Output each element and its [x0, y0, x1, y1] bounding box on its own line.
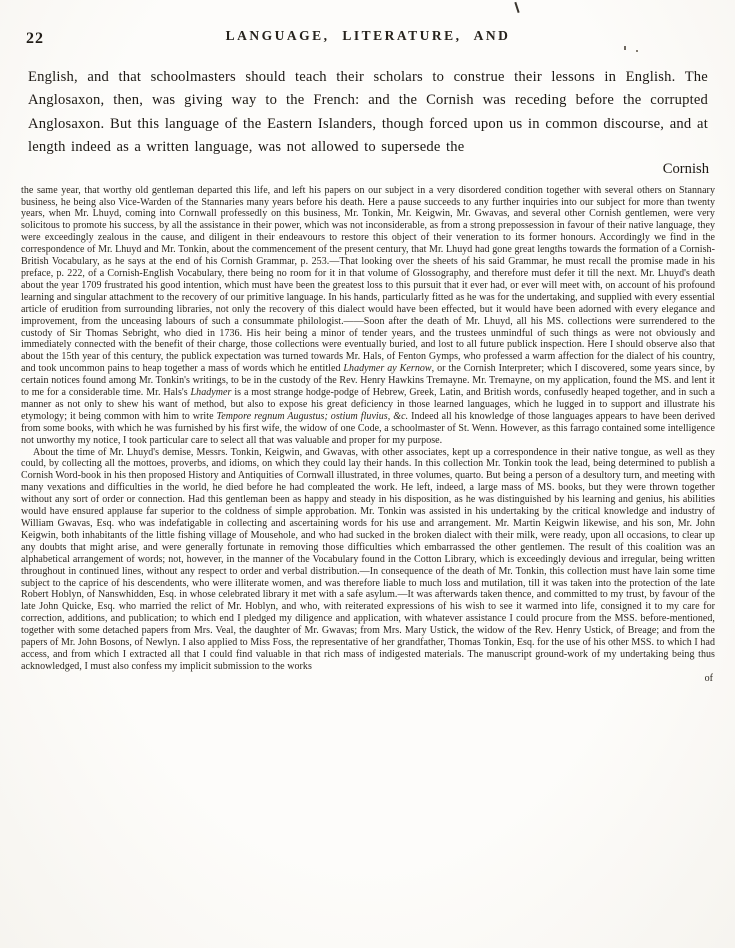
footnote-paragraph: About the time of Mr. Lhuyd's demise, Me… — [21, 447, 715, 673]
running-header: LANGUAGE, LITERATURE, AND — [25, 28, 711, 44]
footnote-italic-text: Tempore regnum Augustus; ostium fluvius,… — [217, 411, 409, 422]
footnote-text: About the time of Mr. Lhuyd's demise, Me… — [21, 447, 715, 672]
footnote-text: the same year, that worthy old gentleman… — [21, 185, 715, 375]
main-catchword: Cornish — [25, 160, 709, 178]
footnote-catchword: of — [25, 673, 713, 685]
main-text-paragraph: English, and that schoolmasters should t… — [28, 66, 708, 160]
page-header: 22 LANGUAGE, LITERATURE, AND — [25, 28, 711, 50]
scan-artifact — [514, 2, 519, 13]
footnote-italic-text: Lhadymer — [191, 387, 232, 398]
book-page: 22 LANGUAGE, LITERATURE, AND English, an… — [0, 0, 735, 948]
scan-speck — [636, 50, 638, 52]
footnote-paragraph: the same year, that worthy old gentleman… — [21, 185, 715, 447]
footnote: the same year, that worthy old gentleman… — [21, 185, 715, 673]
footnote-italic-text: Lhadymer ay Kernow — [343, 363, 431, 374]
